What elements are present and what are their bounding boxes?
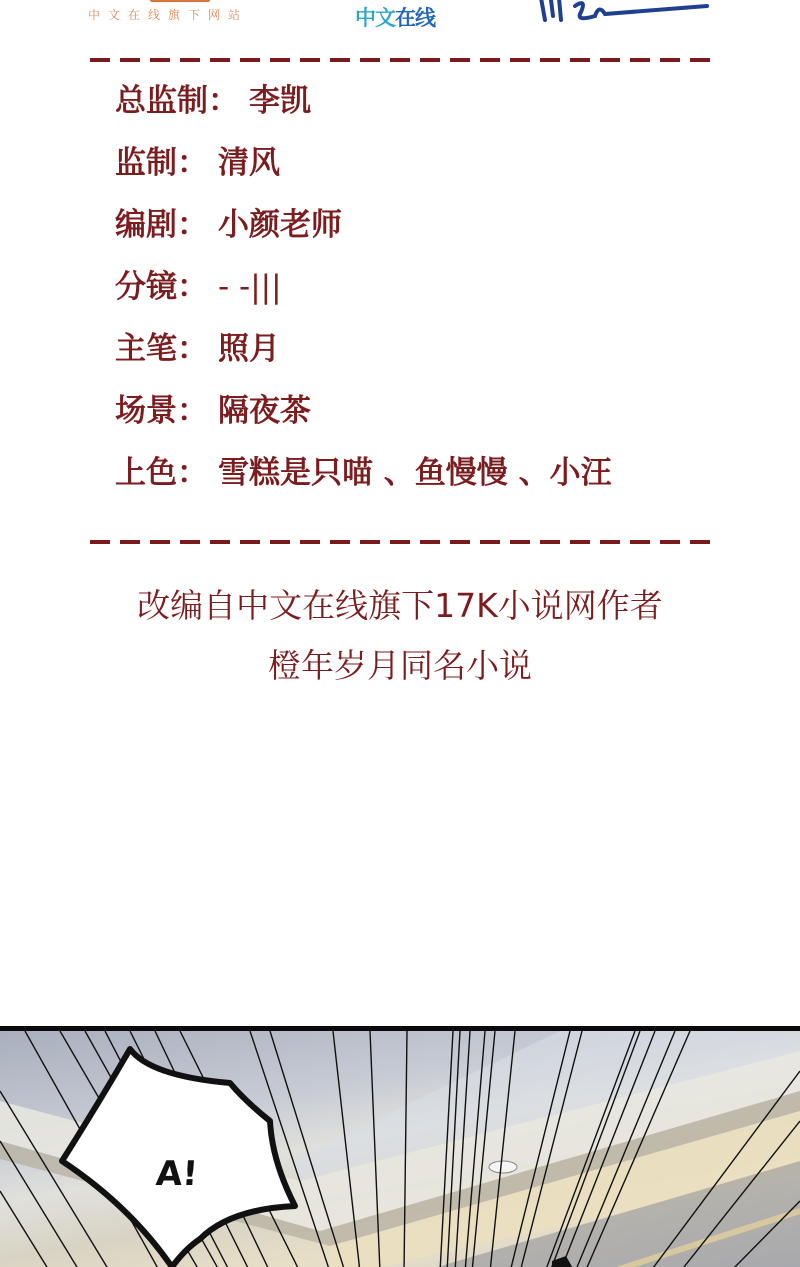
divider-bottom	[90, 540, 710, 544]
credit-separator: ：	[177, 207, 208, 243]
sfx-text: A!	[155, 1154, 200, 1194]
credit-name: 隔夜茶	[218, 393, 311, 429]
credit-separator: ：	[177, 331, 208, 367]
credit-role: 场景	[115, 393, 177, 429]
adaptation-line-2: 橙年岁月同名小说	[0, 640, 800, 687]
credit-row-screenwriter: 编剧：小颜老师	[115, 202, 612, 264]
credit-role: 监制	[115, 145, 177, 181]
credit-name: - -|||	[218, 269, 282, 305]
credit-name: 清风	[218, 145, 280, 181]
speech-burst	[0, 1031, 800, 1267]
credit-role: 分镜	[115, 269, 177, 305]
logo-17k-tagline: 中文在线旗下网站	[88, 6, 288, 23]
credit-row-supervisor: 监制：清风	[115, 140, 612, 202]
credit-name: 雪糕是只喵 、鱼慢慢 、小汪	[218, 455, 612, 491]
divider-top	[90, 58, 710, 62]
signature-logo-icon	[535, 0, 715, 28]
credit-role: 主笔	[115, 331, 177, 367]
credits-list: 总监制：李凯 监制：清风 编剧：小颜老师 分镜：- -||| 主笔：照月 场景：…	[115, 78, 612, 512]
logo-zhongwenzaixian: 中文在线	[355, 2, 435, 32]
logo-part-2: 在线	[395, 6, 435, 30]
credit-separator: ：	[177, 393, 208, 429]
credit-role: 上色	[115, 455, 177, 491]
credit-row-storyboard: 分镜：- -|||	[115, 264, 612, 326]
credit-row-lead-artist: 主笔：照月	[115, 326, 612, 388]
adaptation-line-1: 改编自中文在线旗下17K小说网作者	[0, 580, 800, 627]
credit-separator: ：	[208, 83, 239, 119]
header-logos: 中文在线旗下网站 中文在线	[0, 0, 800, 32]
logo-17k-mark	[150, 0, 210, 2]
credit-row-coloring: 上色：雪糕是只喵 、鱼慢慢 、小汪	[115, 450, 612, 512]
credit-separator: ：	[177, 455, 208, 491]
credit-row-supervisor-chief: 总监制：李凯	[115, 78, 612, 140]
comic-panel: A!	[0, 1026, 800, 1267]
credit-role: 总监制	[115, 83, 208, 119]
logo-part-1: 中文	[355, 6, 395, 30]
credit-separator: ：	[177, 145, 208, 181]
credit-separator: ：	[177, 269, 208, 305]
credit-name: 小颜老师	[218, 207, 342, 243]
credit-role: 编剧	[115, 207, 177, 243]
credit-name: 李凯	[249, 83, 311, 119]
credit-row-background: 场景：隔夜茶	[115, 388, 612, 450]
credit-name: 照月	[218, 331, 280, 367]
